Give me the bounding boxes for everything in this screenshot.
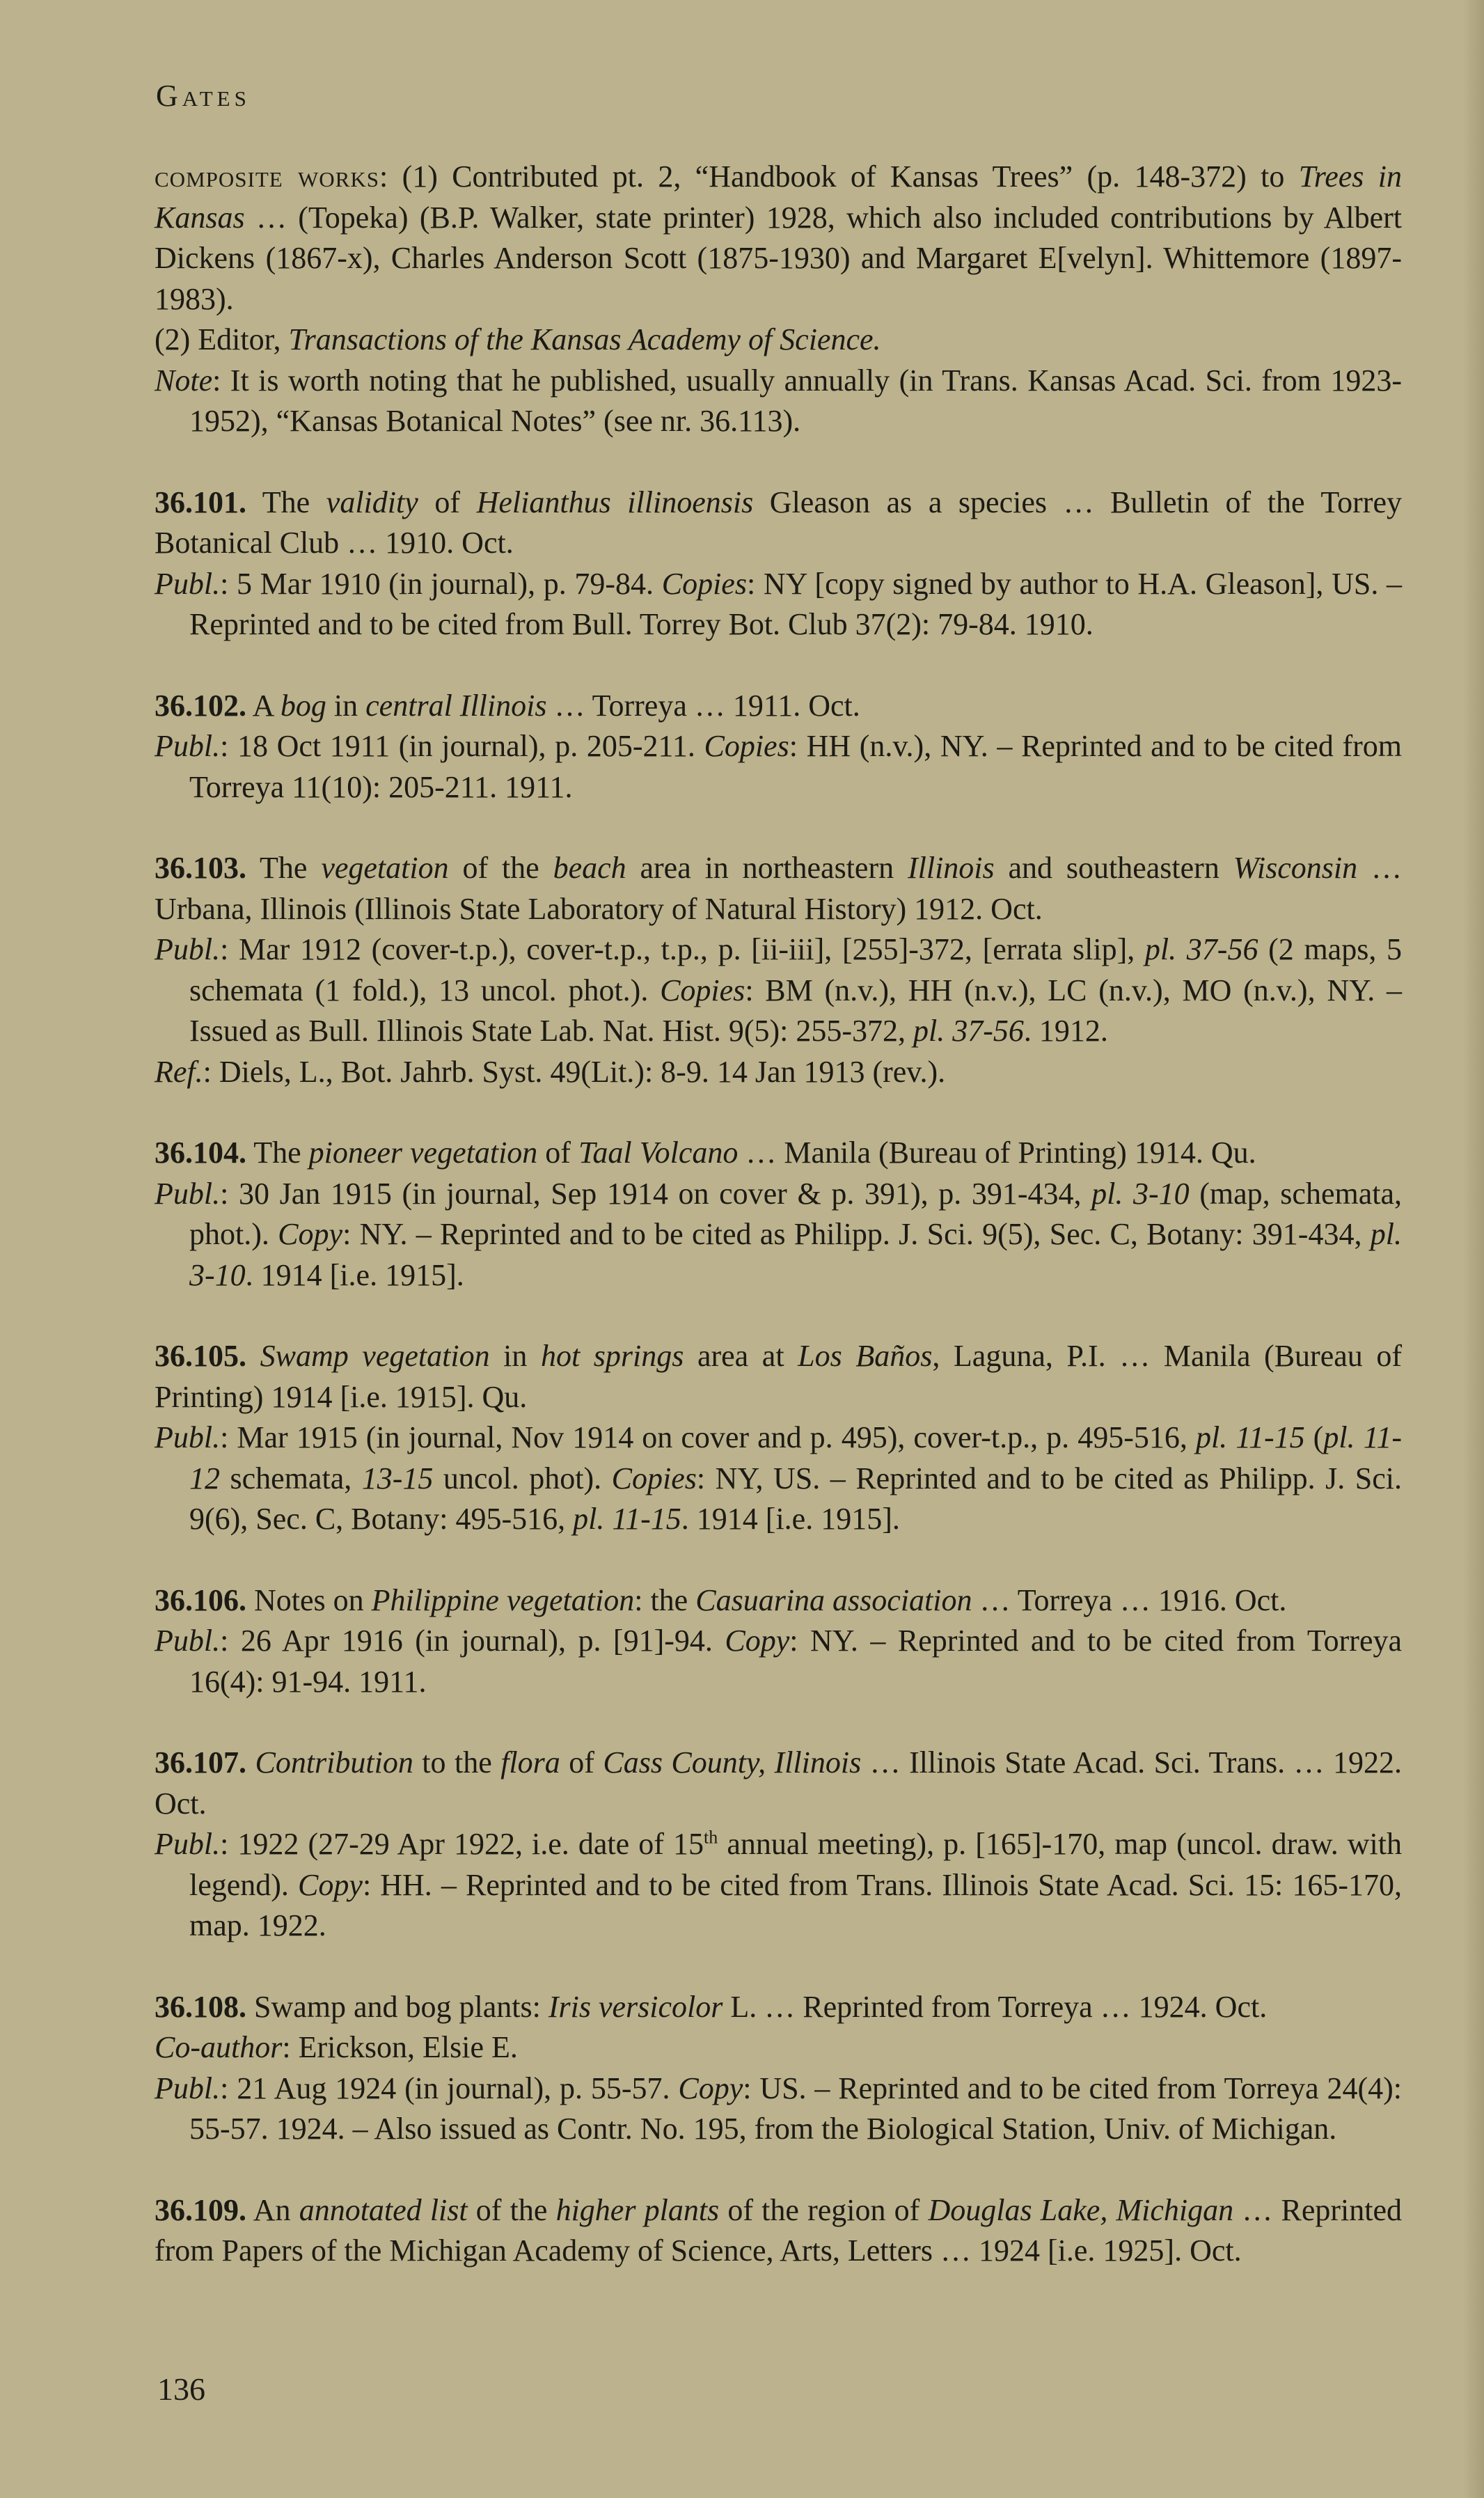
text-span: : 30 Jan 1915 (in journal, Sep 1914 on c…	[220, 1177, 1091, 1211]
text-span: … Manila (Bureau of Printing) 1914. Qu.	[738, 1136, 1256, 1170]
entry-reference: Ref.: Diels, L., Bot. Jahrb. Syst. 49(Li…	[155, 1052, 1402, 1093]
italic-text-span: Copy	[678, 2071, 743, 2105]
text-span: Notes on	[246, 1583, 372, 1617]
text-span: uncol. phot).	[433, 1461, 611, 1495]
text-span: of	[418, 485, 477, 519]
italic-text-span: Illinois	[908, 851, 995, 885]
italic-text-span: Publ.	[155, 1624, 220, 1658]
text-span: : 18 Oct 1911 (in journal), p. 205-211.	[220, 729, 704, 763]
text-span: : HH. – Reprinted and to be cited from T…	[189, 1868, 1402, 1943]
text-span: schemata,	[220, 1461, 362, 1495]
italic-text-span: Copy	[298, 1868, 363, 1902]
entry-publication: Publ.: 21 Aug 1924 (in journal), p. 55-5…	[155, 2068, 1402, 2150]
italic-text-span: Wisconsin	[1233, 851, 1357, 885]
italic-text-span: Douglas Lake, Michigan	[929, 2193, 1234, 2227]
italic-text-span: Swamp vegetation	[260, 1339, 490, 1373]
entry-title: 36.104. The pioneer vegetation of Taal V…	[155, 1133, 1402, 1174]
text-span: in	[490, 1339, 541, 1373]
text-span: : Diels, L., Bot. Jahrb. Syst. 49(Lit.):…	[203, 1055, 945, 1089]
entry-title: 36.109. An annotated list of the higher …	[155, 2190, 1402, 2272]
text-span: : 1922 (27-29 Apr 1922, i.e. date of 15	[220, 1827, 704, 1861]
text-span: th	[704, 1827, 718, 1847]
text-span: … (Topeka) (B.P. Walker, state printer) …	[155, 201, 1402, 316]
text-span: area at	[684, 1339, 798, 1373]
entry-number: 36.107.	[155, 1745, 246, 1780]
text-span: The	[246, 485, 326, 519]
page-edge-shadow	[1463, 0, 1484, 2498]
text-span: : Erickson, Elsie E.	[282, 2030, 518, 2064]
entry-title: 36.102. A bog in central Illinois … Torr…	[155, 686, 1402, 727]
italic-text-span: vegetation	[321, 851, 448, 885]
text-span: to the	[413, 1745, 500, 1780]
italic-text-span: Copies	[662, 567, 747, 601]
text-span: area in northeastern	[626, 851, 908, 885]
entry-title: 36.101. The validity of Helianthus illin…	[155, 482, 1402, 564]
bibliography-entry: 36.107. Contribution to the flora of Cas…	[155, 1743, 1402, 1947]
text-span: … Torreya … 1911. Oct.	[546, 689, 860, 723]
text-span: of the	[468, 2193, 556, 2227]
italic-text-span: hot springs	[541, 1339, 684, 1373]
italic-text-span: Publ.	[155, 1420, 220, 1454]
bibliography-entry: 36.104. The pioneer vegetation of Taal V…	[155, 1133, 1402, 1296]
text-span: of	[537, 1136, 578, 1170]
italic-text-span: pl. 11-15	[1196, 1420, 1305, 1454]
entry-publication: Publ.: Mar 1915 (in journal, Nov 1914 on…	[155, 1417, 1402, 1540]
text-span: : It is worth noting that he published, …	[189, 363, 1402, 439]
italic-text-span: pl. 3-10	[1091, 1177, 1190, 1211]
entry-coauthor: Co-author: Erickson, Elsie E.	[155, 2027, 1402, 2068]
italic-text-span: Casuarina association	[695, 1583, 972, 1617]
italic-text-span: Copy	[278, 1217, 342, 1251]
italic-text-span: Contribution	[255, 1745, 413, 1780]
italic-text-span: Helianthus illinoensis	[477, 485, 754, 519]
text-span: (2) Editor,	[155, 322, 289, 356]
entry-number: 36.105.	[155, 1339, 246, 1373]
italic-text-span: Copy	[725, 1624, 789, 1658]
entry-publication: Publ.: 26 Apr 1916 (in journal), p. [91]…	[155, 1621, 1402, 1702]
italic-text-span: annotated list	[299, 2193, 468, 2227]
italic-text-span: Publ.	[155, 729, 220, 763]
text-span: A	[246, 689, 281, 723]
text-span: An	[246, 2193, 299, 2227]
text-span: : 21 Aug 1924 (in journal), p. 55-57.	[220, 2071, 678, 2105]
text-span: : 5 Mar 1910 (in journal), p. 79-84.	[220, 567, 662, 601]
text-span: : Mar 1915 (in journal, Nov 1914 on cove…	[220, 1420, 1196, 1454]
italic-text-span: Cass County, Illinois	[603, 1745, 861, 1780]
entry-publication: Publ.: 5 Mar 1910 (in journal), p. 79-84…	[155, 564, 1402, 645]
text-span: (	[1305, 1420, 1324, 1454]
entry-number: 36.106.	[155, 1583, 246, 1617]
text-span: Swamp and bog plants:	[246, 1990, 548, 2024]
italic-text-span: central Illinois	[365, 689, 546, 723]
italic-text-span: Ref.	[155, 1055, 203, 1089]
text-span: . 1914 [i.e. 1915].	[246, 1258, 464, 1292]
entry-publication: Publ.: 30 Jan 1915 (in journal, Sep 1914…	[155, 1174, 1402, 1296]
composite-works-item-1: composite works: (1) Contributed pt. 2, …	[155, 157, 1402, 320]
text-span: : (1) Contributed pt. 2, “Handbook of Ka…	[379, 159, 1299, 194]
text-span: of the	[449, 851, 553, 885]
text-span	[246, 1745, 255, 1780]
italic-text-span: Publ.	[155, 932, 220, 966]
italic-text-span: validity	[326, 485, 418, 519]
italic-text-span: Note	[155, 363, 212, 398]
italic-text-span: bog	[281, 689, 326, 723]
italic-text-span: Copies	[612, 1461, 697, 1495]
bibliography-entry: 36.101. The validity of Helianthus illin…	[155, 482, 1402, 645]
entry-title: 36.106. Notes on Philippine vegetation: …	[155, 1580, 1402, 1621]
text-span: … Torreya … 1916. Oct.	[972, 1583, 1287, 1617]
italic-text-span: Publ.	[155, 2071, 220, 2105]
text-span: : NY. – Reprinted and to be cited as Phi…	[342, 1217, 1371, 1251]
bibliography-entry: 36.105. Swamp vegetation in hot springs …	[155, 1336, 1402, 1540]
italic-text-span: Iris versicolor	[548, 1990, 723, 2024]
entry-number: 36.109.	[155, 2193, 246, 2227]
text-span: : the	[634, 1583, 695, 1617]
text-span: The	[246, 1136, 309, 1170]
italic-text-span: pioneer vegetation	[309, 1136, 538, 1170]
text-span: L. … Reprinted from Torreya … 1924. Oct.	[723, 1990, 1267, 2024]
italic-text-span: pl. 37-56	[913, 1014, 1024, 1048]
bibliography-entry: 36.103. The vegetation of the beach area…	[155, 848, 1402, 1092]
entry-title: 36.105. Swamp vegetation in hot springs …	[155, 1336, 1402, 1417]
text-span: of the region of	[719, 2193, 928, 2227]
text-span	[246, 1339, 260, 1373]
entry-title: 36.103. The vegetation of the beach area…	[155, 848, 1402, 929]
text-span: of	[560, 1745, 603, 1780]
bibliography-entry: 36.109. An annotated list of the higher …	[155, 2190, 1402, 2272]
text-span: and southeastern	[995, 851, 1233, 885]
italic-text-span: Los Baños	[798, 1339, 932, 1373]
italic-text-span: 13-15	[362, 1461, 434, 1495]
text-span: The	[246, 851, 321, 885]
text-span: : 26 Apr 1916 (in journal), p. [91]-94.	[220, 1624, 725, 1658]
italic-text-span: pl. 11-15	[573, 1502, 681, 1536]
composite-works-note: Note: It is worth noting that he publish…	[155, 361, 1402, 442]
italic-text-span: Publ.	[155, 1827, 220, 1861]
italic-text-span: beach	[553, 851, 626, 885]
italic-text-span: Publ.	[155, 1177, 220, 1211]
italic-text-span: Co-author	[155, 2030, 282, 2064]
entry-number: 36.108.	[155, 1990, 246, 2024]
bibliography-content: composite works: (1) Contributed pt. 2, …	[155, 157, 1402, 2272]
text-span: . 1914 [i.e. 1915].	[681, 1502, 900, 1536]
bibliography-entry: 36.106. Notes on Philippine vegetation: …	[155, 1580, 1402, 1703]
entry-number: 36.104.	[155, 1136, 246, 1170]
entry-title: 36.107. Contribution to the flora of Cas…	[155, 1743, 1402, 1824]
entry-number: 36.103.	[155, 851, 246, 885]
text-span: : Mar 1912 (cover-t.p.), cover-t.p., t.p…	[220, 932, 1145, 966]
composite-works-item-2: (2) Editor, Transactions of the Kansas A…	[155, 320, 1402, 361]
italic-text-span: Copies	[660, 973, 745, 1007]
composite-works-section: composite works: (1) Contributed pt. 2, …	[155, 157, 1402, 442]
entry-number: 36.102.	[155, 689, 246, 723]
italic-text-span: flora	[500, 1745, 560, 1780]
italic-text-span: Transactions of the Kansas Academy of Sc…	[289, 322, 881, 356]
text-span: in	[326, 689, 365, 723]
italic-text-span: pl. 37-56	[1145, 932, 1258, 966]
italic-text-span: Taal Volcano	[578, 1136, 738, 1170]
bibliography-entry: 36.108. Swamp and bog plants: Iris versi…	[155, 1987, 1402, 2150]
running-head: Gates	[156, 78, 251, 113]
italic-text-span: Copies	[704, 729, 789, 763]
italic-text-span: higher plants	[556, 2193, 720, 2227]
bibliography-entry: 36.102. A bog in central Illinois … Torr…	[155, 686, 1402, 808]
italic-text-span: Philippine vegetation	[372, 1583, 635, 1617]
entry-title: 36.108. Swamp and bog plants: Iris versi…	[155, 1987, 1402, 2028]
page-number: 136	[157, 2371, 205, 2407]
entry-publication: Publ.: 1922 (27-29 Apr 1922, i.e. date o…	[155, 1824, 1402, 1947]
composite-works-label: composite works	[155, 159, 379, 194]
entry-number: 36.101.	[155, 485, 246, 519]
entry-publication: Publ.: Mar 1912 (cover-t.p.), cover-t.p.…	[155, 929, 1402, 1052]
italic-text-span: Publ.	[155, 567, 220, 601]
entry-publication: Publ.: 18 Oct 1911 (in journal), p. 205-…	[155, 726, 1402, 808]
text-span: . 1912.	[1024, 1014, 1108, 1048]
